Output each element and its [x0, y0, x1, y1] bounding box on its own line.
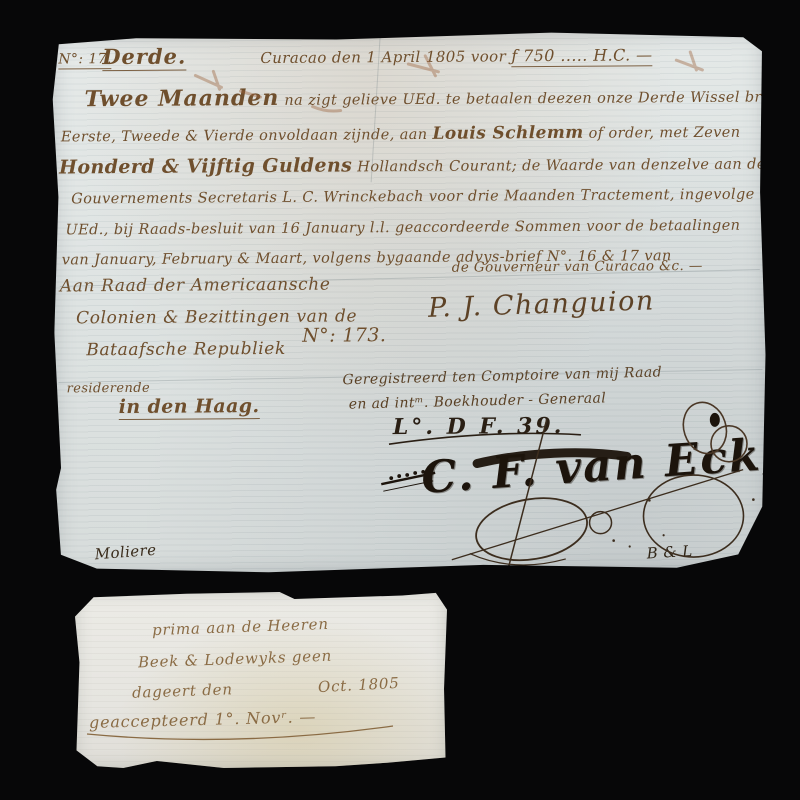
slip-date: Oct. 1805	[318, 676, 400, 695]
body-lead: Twee Maanden	[84, 85, 279, 112]
file-number: N°: 173.	[302, 326, 386, 346]
body-line-1: Twee Maanden na zigt gelieve UEd. te bet…	[84, 83, 800, 110]
signature-flourish	[50, 30, 770, 580]
address-line-1: Aan Raad der Americaansche	[60, 277, 331, 296]
amount-words: Honderd & Vijftig Guldens	[59, 154, 352, 178]
signature-van-eck: C. F. van Eck,	[420, 433, 780, 501]
photo-background: N°: 17. Derde. Curacao den 1 April 1805 …	[0, 0, 800, 800]
initials-bl: B & L	[646, 544, 693, 562]
payee-name: Louis Schlemm	[432, 123, 583, 144]
slip-line-2: Beek & Lodewyks geen	[138, 649, 333, 671]
place-date-line: Curacao den 1 April 1805 voor ƒ 750 ....…	[260, 47, 652, 66]
drawer-line: de Gouverneur van Curacao &c. —	[452, 260, 703, 275]
signature-changuion: P. J. Changuion	[428, 287, 656, 322]
body-line-2: Eerste, Tweede & Vierde onvoldaan zijnde…	[61, 124, 741, 146]
slip-line-4: geaccepteerd 1°. Novʳ. —	[89, 709, 317, 731]
registration-line-2: en ad intᵐ. Boekhouder - Generaal	[349, 391, 607, 411]
address-line-3: Bataafsche Republiek	[86, 341, 286, 359]
endorsement-moliere: Moliere	[94, 543, 157, 563]
copy-designation: Derde.	[102, 46, 186, 68]
body-line-4: Gouvernements Secretaris L. C. Wrinckeba…	[71, 188, 755, 207]
slip-line-1: prima aan de Heeren	[152, 617, 329, 638]
address-line-4: residerende	[67, 382, 151, 396]
slip-line-3: dageert den	[132, 682, 233, 701]
folio-number: L°. D F. 39.	[393, 415, 565, 438]
amount-value: ƒ 750 ..... H.C. —	[511, 45, 652, 67]
slip-paper: prima aan de Heeren Beek & Lodewyks geen…	[75, 592, 447, 768]
main-document-paper: N°: 17. Derde. Curacao den 1 April 1805 …	[50, 30, 770, 577]
registration-line-1: Geregistreerd ten Comptoire van mij Raad	[342, 365, 662, 387]
body-line-3: Honderd & Vijftig Guldens Hollandsch Cou…	[59, 153, 776, 177]
body-line-5: UEd., bij Raads-besluit van 16 January l…	[65, 219, 740, 238]
address-line-5: in den Haag.	[119, 397, 260, 417]
